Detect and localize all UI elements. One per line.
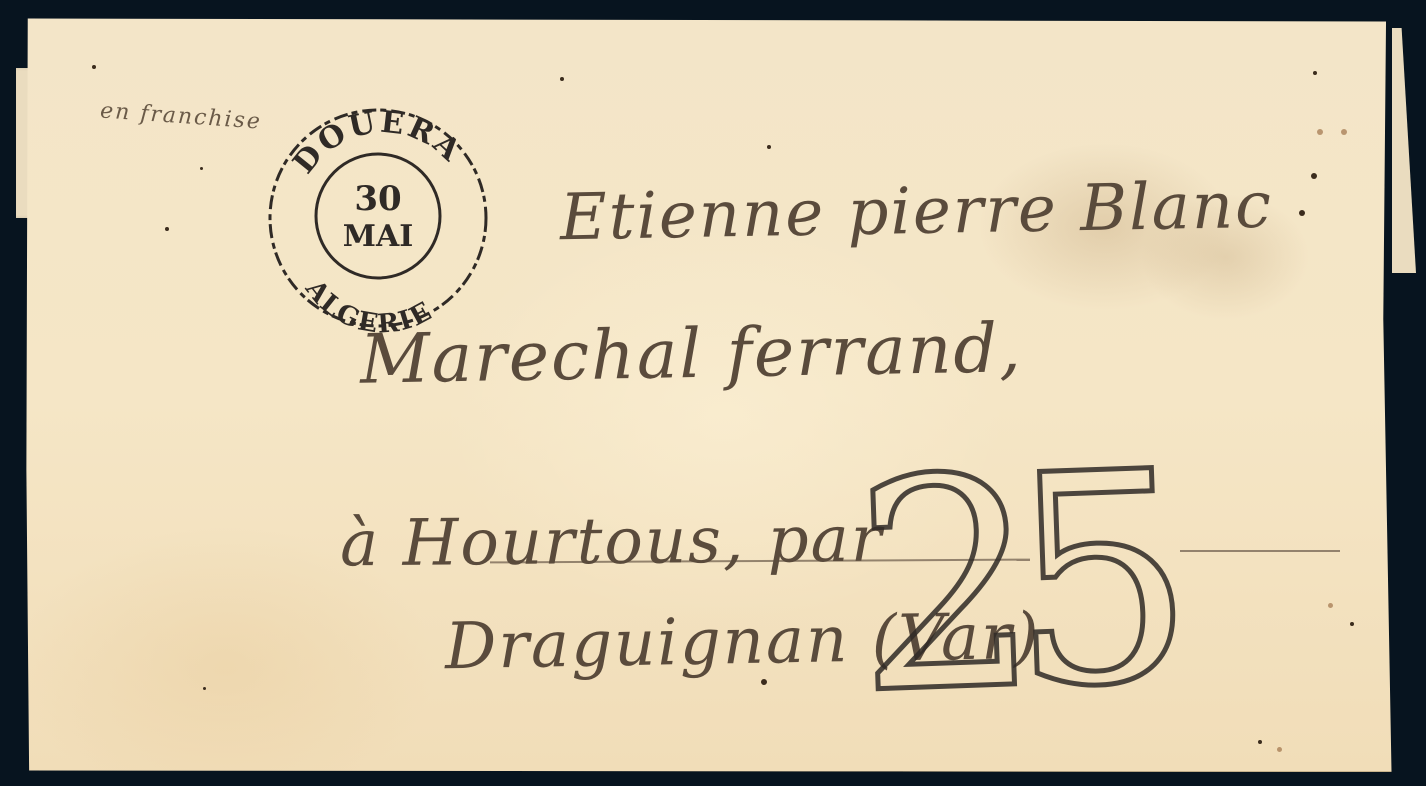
address-line-occupation: Marechal ferrand, — [359, 309, 1023, 400]
ink-speck — [1258, 740, 1262, 744]
foxing-spot — [1328, 603, 1333, 608]
ink-speck — [1311, 173, 1317, 179]
address-line-recipient: Etienne pierre Blanc — [559, 169, 1273, 255]
ink-speck — [1299, 210, 1305, 216]
postmark-circle-icon: DOUERA ALGERIE 30 MAI — [258, 98, 498, 338]
svg-text:DOUERA: DOUERA — [286, 105, 469, 181]
postage-due-25-handstamp: 25 — [850, 435, 1169, 736]
underline-stroke — [1180, 550, 1340, 552]
ink-speck — [767, 145, 771, 149]
ink-speck — [761, 679, 767, 685]
ink-speck — [203, 687, 206, 690]
ink-speck — [165, 227, 169, 231]
svg-text:30: 30 — [354, 179, 401, 219]
foxing-spot — [1317, 129, 1323, 135]
foxing-spot — [1277, 747, 1282, 752]
ink-speck — [560, 77, 564, 81]
ink-speck — [200, 167, 203, 170]
foxing-spot — [1341, 129, 1347, 135]
ink-speck — [1313, 71, 1317, 75]
ink-speck — [1350, 622, 1354, 626]
address-line-town: à Hourtous, par — [340, 503, 884, 582]
ink-speck — [92, 65, 96, 69]
douera-postmark: DOUERA ALGERIE 30 MAI — [258, 98, 498, 338]
svg-text:MAI: MAI — [343, 219, 414, 254]
